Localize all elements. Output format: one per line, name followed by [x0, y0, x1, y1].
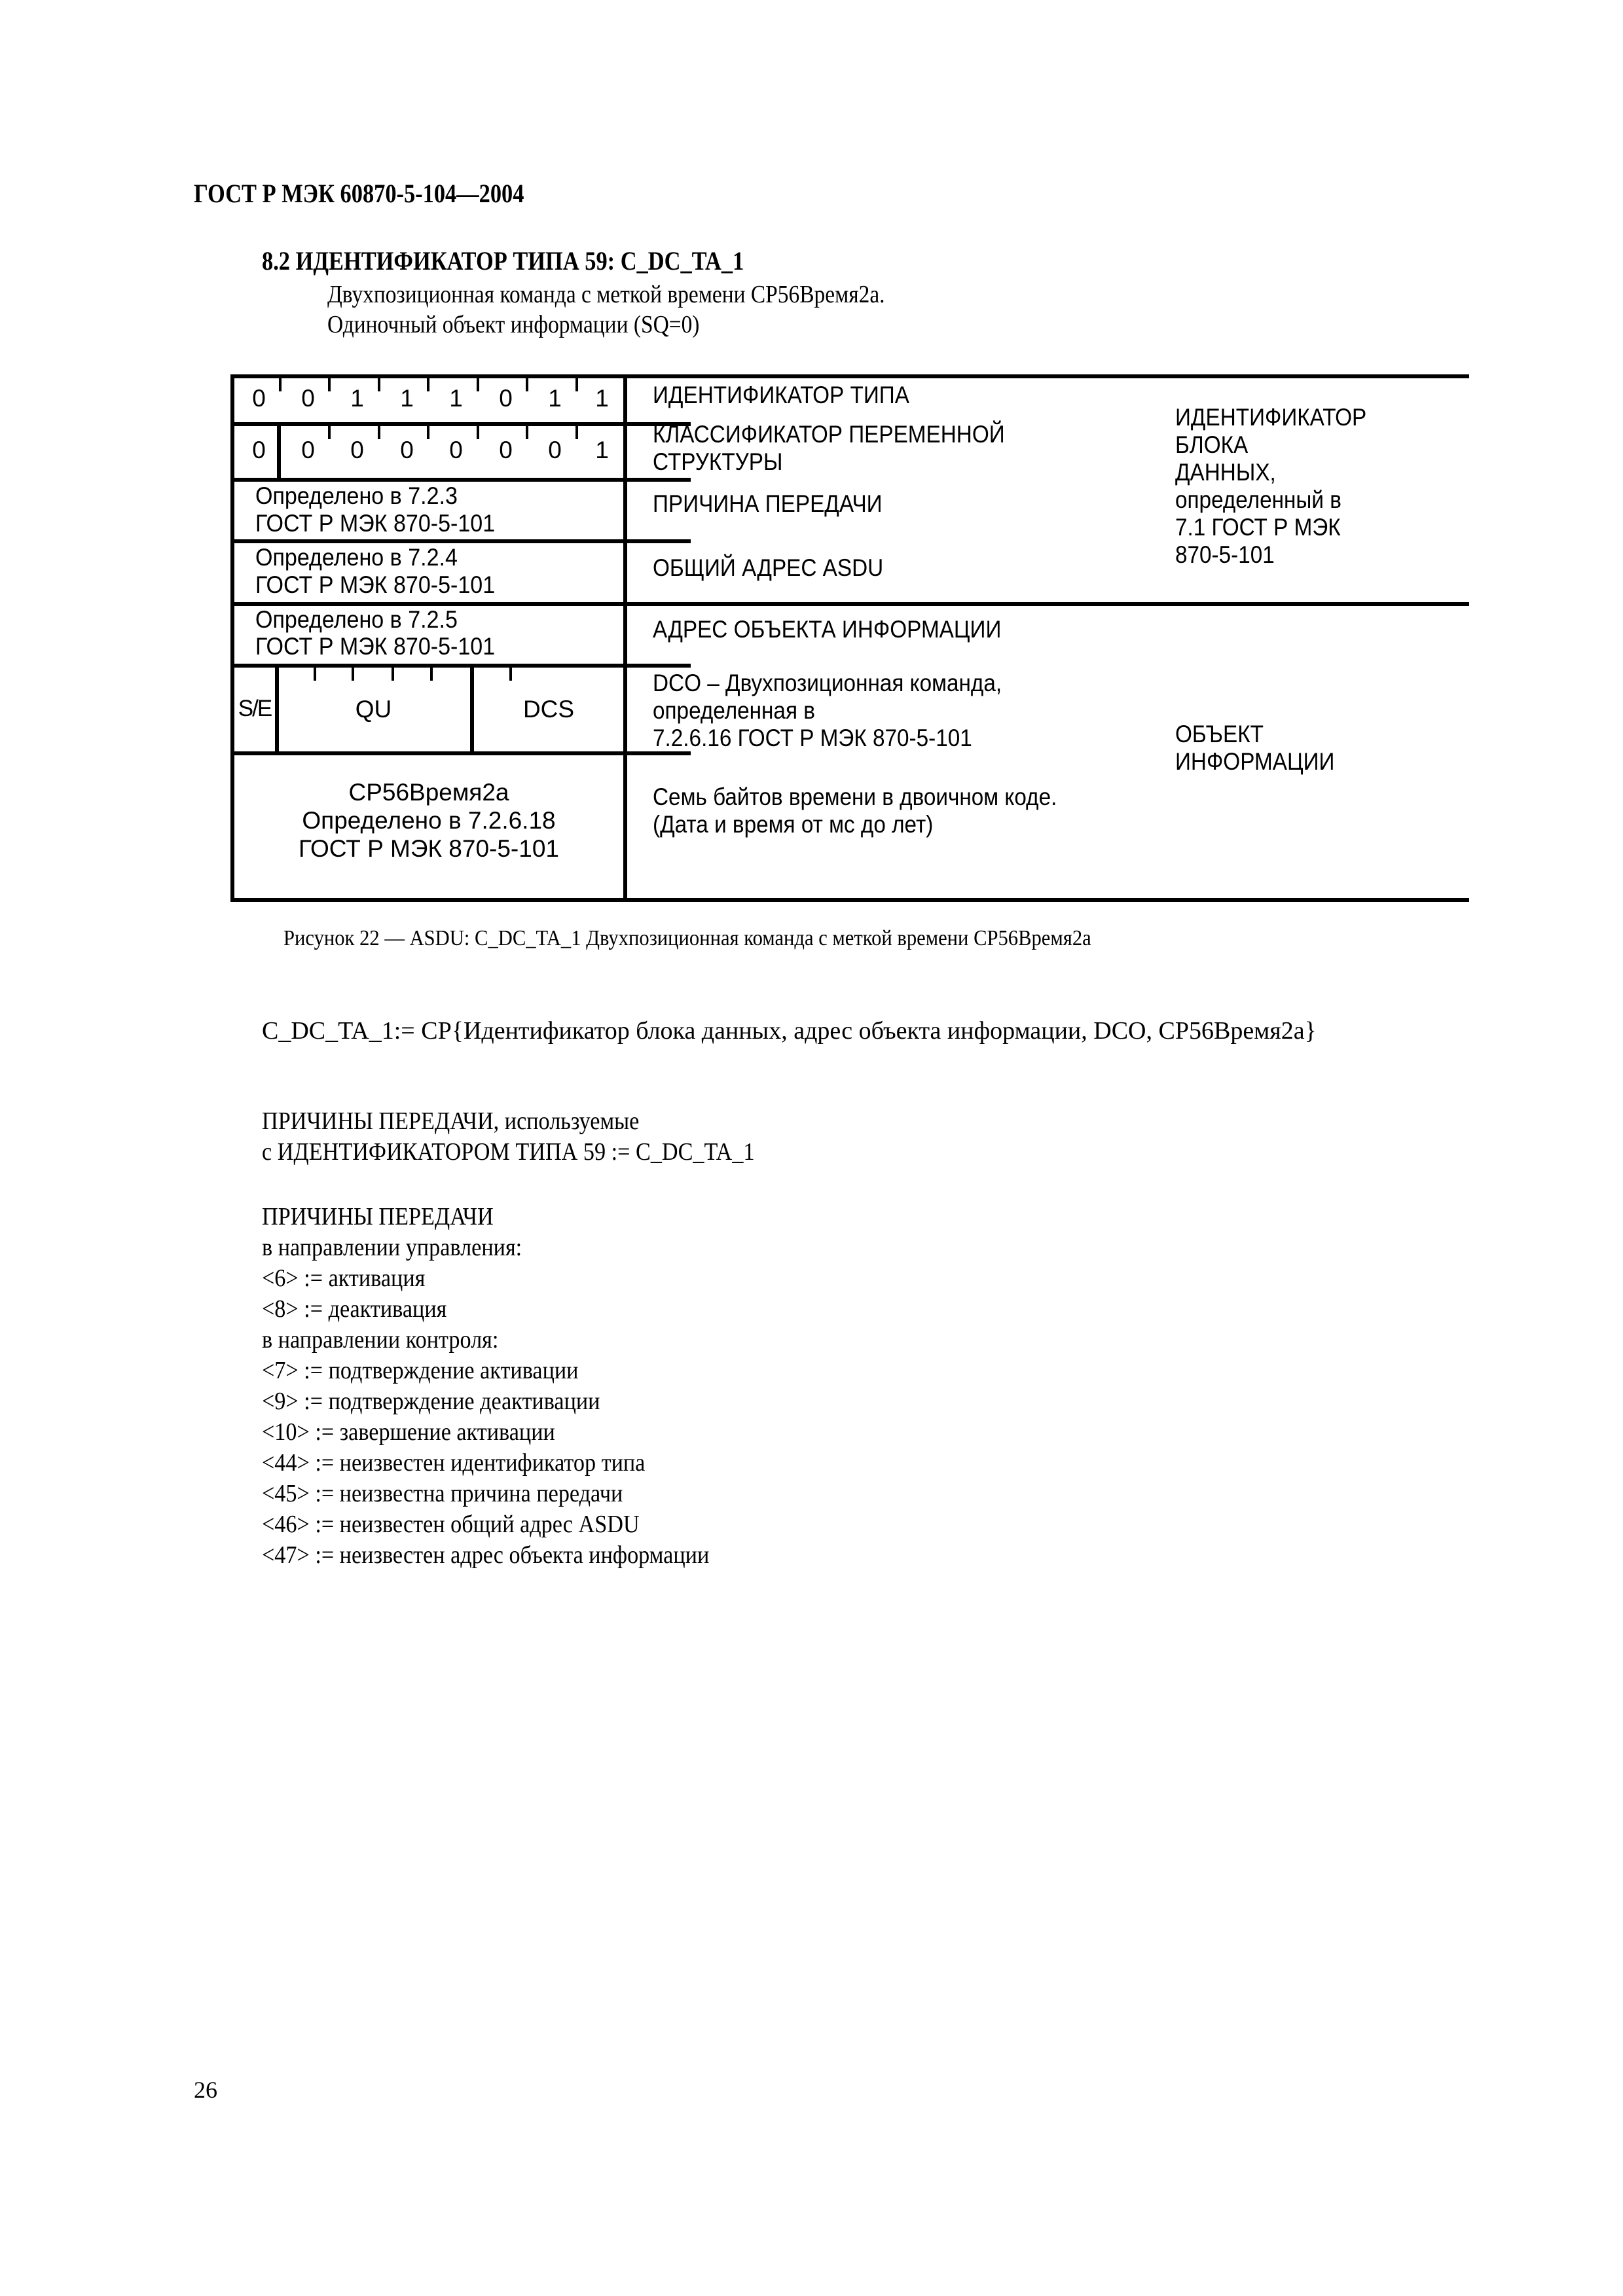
- row-sep-1: [230, 422, 691, 426]
- cot-item: <6> := активация: [262, 1263, 425, 1293]
- type-id-bit-1: 1: [577, 385, 627, 412]
- row-sep-5: [230, 664, 691, 668]
- label-time-1: Семь байтов времени в двоичном коде.: [653, 783, 1057, 812]
- cot-item: <10> := завершение активации: [262, 1417, 555, 1447]
- bit-tick: [430, 668, 433, 681]
- group-dui-line-4: определенный в: [1175, 486, 1341, 514]
- group-dui-line-1: ИДЕНТИФИКАТОР: [1175, 403, 1366, 432]
- cot-used-type: с ИДЕНТИФИКАТОРОМ ТИПА 59 := C_DC_TA_1: [262, 1137, 755, 1167]
- type-id-bit-7: 0: [283, 385, 333, 412]
- vsq-sq-bit: 0: [234, 437, 283, 464]
- page-number: 26: [194, 2076, 217, 2104]
- vsq-bit-5: 0: [382, 437, 431, 464]
- cot-item: <7> := подтверждение активации: [262, 1355, 578, 1386]
- time-cell-line-3: ГОСТ Р МЭК 870-5-101: [234, 835, 623, 863]
- vsq-bit-1: 1: [577, 437, 627, 464]
- label-dco-3: 7.2.6.16 ГОСТ Р МЭК 870-5-101: [653, 724, 972, 753]
- ca-cell-line-2: ГОСТ Р МЭК 870-5-101: [255, 571, 495, 600]
- type-id-bit-8: 0: [234, 385, 283, 412]
- type-id-bit-2: 1: [530, 385, 579, 412]
- group-info-object-line-2: ИНФОРМАЦИИ: [1175, 747, 1334, 776]
- type-id-bit-6: 1: [333, 385, 382, 412]
- vsq-bit-3: 0: [481, 437, 530, 464]
- section-subtitle-sq: Одиночный объект информации (SQ=0): [327, 310, 699, 339]
- rule-top: [230, 374, 1469, 378]
- section-subtitle: Двухпозиционная команда с меткой времени…: [327, 280, 885, 309]
- type-id-bit-5: 1: [382, 385, 431, 412]
- ca-cell-line-1: Определено в 7.2.4: [255, 543, 458, 572]
- cot-heading: ПРИЧИНЫ ПЕРЕДАЧИ: [262, 1202, 494, 1232]
- cot-item: <9> := подтверждение деактивации: [262, 1386, 600, 1416]
- cot-cell-line-1: Определено в 7.2.3: [255, 482, 458, 511]
- asdu-formula: C_DC_TA_1:= CP{Идентификатор блока данны…: [194, 1016, 1497, 1046]
- bit-tick: [314, 668, 316, 681]
- label-vsq-2: СТРУКТУРЫ: [653, 448, 783, 476]
- control-direction-label: в направлении управления:: [262, 1232, 522, 1263]
- group-dui-line-5: 7.1 ГОСТ Р МЭК: [1175, 513, 1341, 542]
- cot-item: <44> := неизвестен идентификатор типа: [262, 1448, 645, 1478]
- figure-caption: Рисунок 22 — ASDU: C_DC_TA_1 Двухпозицио…: [283, 926, 1091, 951]
- cot-cell-line-2: ГОСТ Р МЭК 870-5-101: [255, 509, 495, 538]
- dcs-field: DCS: [472, 696, 625, 723]
- ioa-cell-line-2: ГОСТ Р МЭК 870-5-101: [255, 632, 495, 661]
- group-dui-line-2: БЛОКА: [1175, 431, 1248, 459]
- cot-item: <8> := деактивация: [262, 1294, 447, 1324]
- row-sep-6: [230, 751, 691, 755]
- vsq-bit-7: 0: [283, 437, 333, 464]
- time-cell-line-2: Определено в 7.2.6.18: [234, 807, 623, 834]
- bit-tick: [352, 668, 354, 681]
- rule-middle: [625, 602, 1469, 606]
- ioa-cell-line-1: Определено в 7.2.5: [255, 605, 458, 634]
- se-field: S/E: [232, 696, 277, 722]
- label-type-id: ИДЕНТИФИКАТОР ТИПА: [653, 381, 909, 410]
- label-vsq-1: КЛАССИФИКАТОР ПЕРЕМЕННОЙ: [653, 420, 1005, 449]
- label-dco-1: DCO – Двухпозиционная команда,: [653, 669, 1002, 698]
- rule-bottom: [230, 898, 1469, 902]
- label-ioa: АДРЕС ОБЪЕКТА ИНФОРМАЦИИ: [653, 615, 1001, 644]
- monitor-direction-label: в направлении контроля:: [262, 1325, 498, 1355]
- bit-tick: [509, 668, 512, 681]
- vsq-bit-6: 0: [333, 437, 382, 464]
- vsq-bit-2: 0: [530, 437, 579, 464]
- cot-item: <46> := неизвестен общий адрес ASDU: [262, 1509, 640, 1539]
- label-dco-2: определенная в: [653, 696, 815, 725]
- type-id-bit-4: 1: [431, 385, 481, 412]
- bit-tick: [392, 668, 394, 681]
- cot-item: <45> := неизвестна причина передачи: [262, 1479, 623, 1509]
- vsq-bit-4: 0: [431, 437, 481, 464]
- section-title: 8.2 ИДЕНТИФИКАТОР ТИПА 59: C_DC_TA_1: [262, 245, 744, 276]
- time-cell-line-1: CP56Время2а: [234, 779, 623, 806]
- cot-item: <47> := неизвестен адрес объекта информа…: [262, 1540, 709, 1570]
- group-dui-line-3: ДАННЫХ,: [1175, 458, 1276, 487]
- document-header: ГОСТ Р МЭК 60870-5-104—2004: [194, 178, 524, 209]
- qu-field: QU: [277, 696, 470, 723]
- group-dui-line-6: 870-5-101: [1175, 541, 1275, 569]
- group-info-object-line-1: ОБЪЕКТ: [1175, 720, 1264, 749]
- label-ca: ОБЩИЙ АДРЕС ASDU: [653, 554, 883, 583]
- label-time-2: (Дата и время от мс до лет): [653, 810, 933, 839]
- type-id-bit-3: 0: [481, 385, 530, 412]
- cot-used-heading: ПРИЧИНЫ ПЕРЕДАЧИ, используемые: [262, 1106, 639, 1136]
- label-cot: ПРИЧИНА ПЕРЕДАЧИ: [653, 490, 883, 518]
